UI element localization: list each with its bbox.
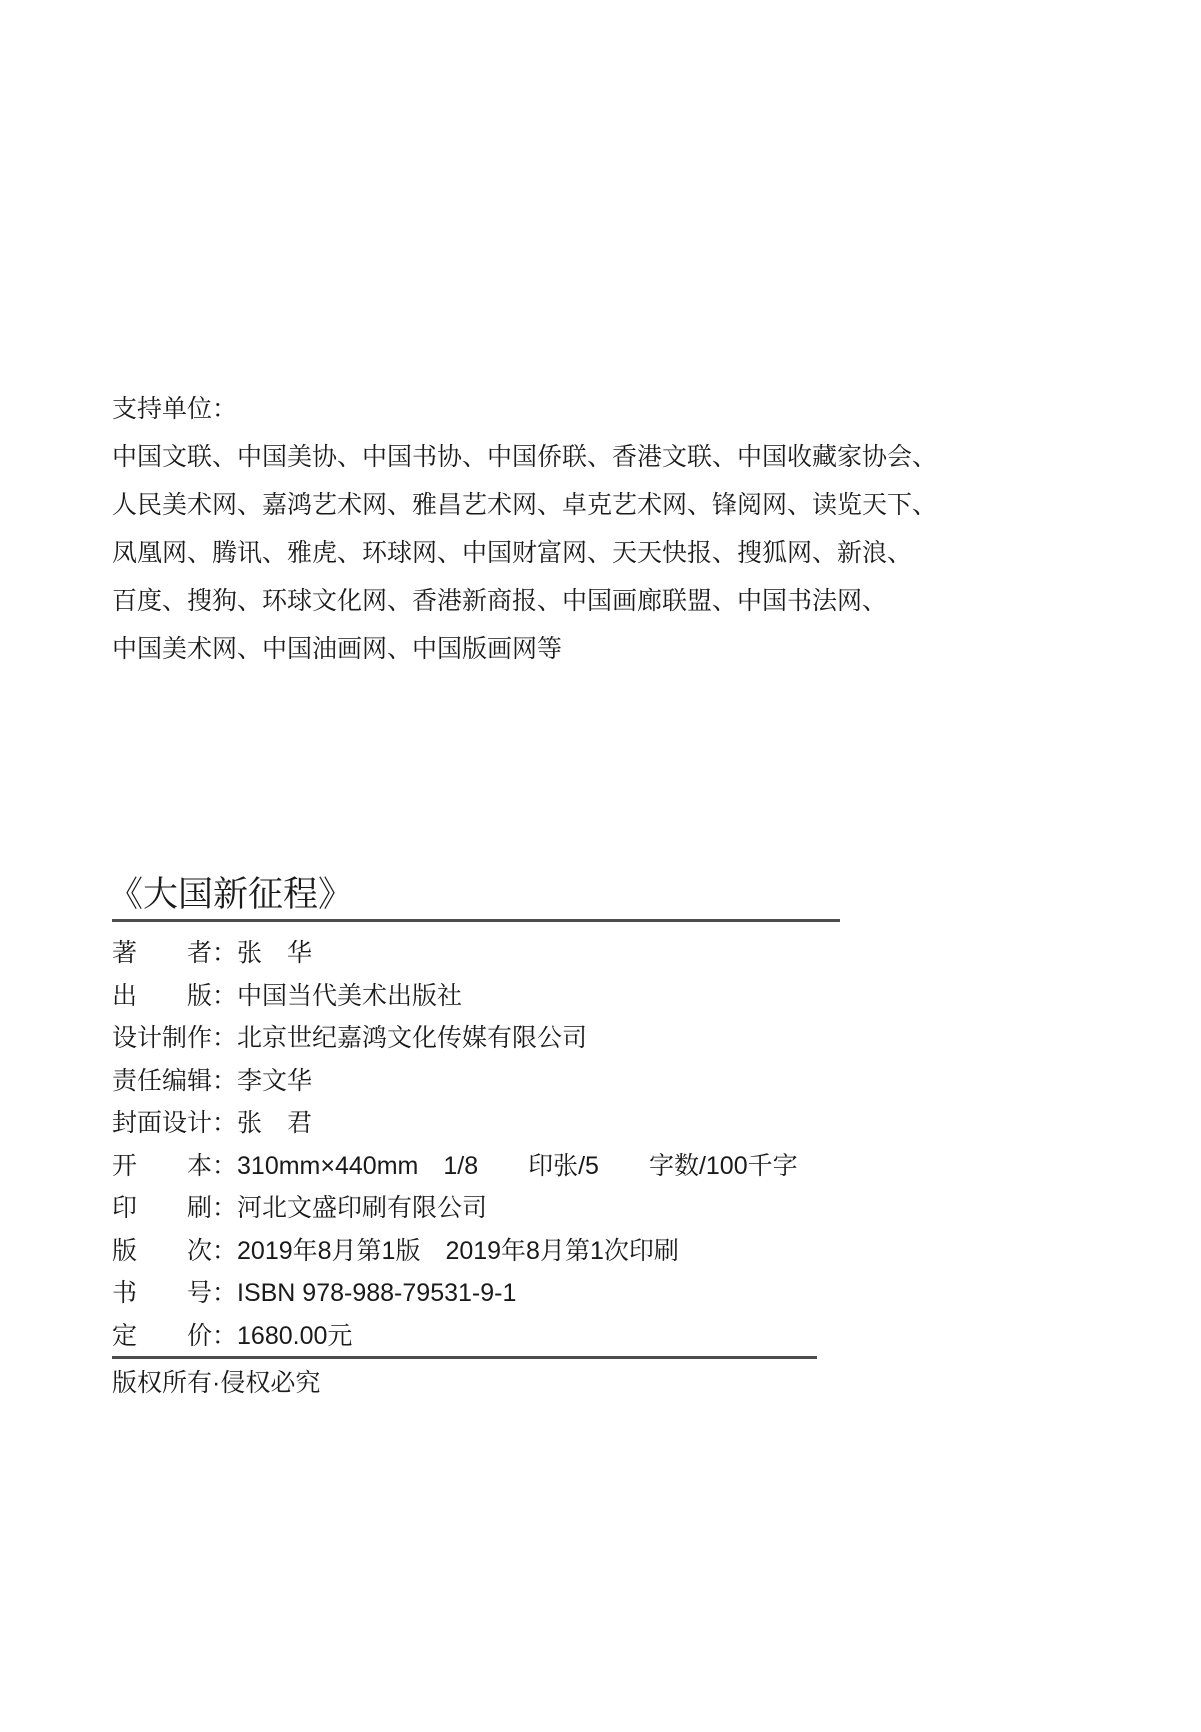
row-format-label: 开 本： — [112, 1152, 237, 1180]
row-format-value: 310mm×440mm 1/8 印张/5 字数/100千字 — [237, 1152, 798, 1180]
book-title: 《大国新征程》 — [108, 867, 353, 917]
row-publisher: 出 版：中国当代美术出版社 — [112, 975, 798, 1018]
row-edition-value: 2019年8月第1版 2019年8月第1次印刷 — [237, 1237, 679, 1265]
row-edition-label: 版 次： — [112, 1237, 237, 1265]
colophon-rows: 著 者：张 华 出 版：中国当代美术出版社 设计制作：北京世纪嘉鸿文化传媒有限公… — [112, 932, 798, 1357]
row-printer-value: 河北文盛印刷有限公司 — [237, 1194, 487, 1222]
title-divider — [112, 919, 840, 922]
support-line-2: 人民美术网、嘉鸿艺术网、雅昌艺术网、卓克艺术网、锋阅网、读览天下、 — [112, 481, 937, 529]
row-edition: 版 次：2019年8月第1版 2019年8月第1次印刷 — [112, 1230, 798, 1273]
row-price-label: 定 价： — [112, 1322, 237, 1350]
support-line-5: 中国美术网、中国油画网、中国版画网等 — [112, 625, 937, 673]
row-design-production-value: 北京世纪嘉鸿文化传媒有限公司 — [237, 1024, 587, 1052]
row-cover-design-label: 封面设计： — [112, 1109, 237, 1137]
support-section: 支持单位： 中国文联、中国美协、中国书协、中国侨联、香港文联、中国收藏家协会、 … — [112, 385, 937, 673]
colophon-page: 支持单位： 中国文联、中国美协、中国书协、中国侨联、香港文联、中国收藏家协会、 … — [0, 0, 1201, 1732]
row-cover-design: 封面设计：张 君 — [112, 1102, 798, 1145]
row-editor: 责任编辑：李文华 — [112, 1060, 798, 1103]
support-line-4: 百度、搜狗、环球文化网、香港新商报、中国画廊联盟、中国书法网、 — [112, 577, 937, 625]
row-publisher-label: 出 版： — [112, 982, 237, 1010]
row-format: 开 本：310mm×440mm 1/8 印张/5 字数/100千字 — [112, 1145, 798, 1188]
row-isbn: 书 号：ISBN 978-988-79531-9-1 — [112, 1272, 798, 1315]
row-design-production: 设计制作：北京世纪嘉鸿文化传媒有限公司 — [112, 1017, 798, 1060]
support-line-1: 中国文联、中国美协、中国书协、中国侨联、香港文联、中国收藏家协会、 — [112, 433, 937, 481]
support-heading: 支持单位： — [112, 385, 937, 433]
row-design-production-label: 设计制作： — [112, 1024, 237, 1052]
row-cover-design-value: 张 君 — [237, 1109, 312, 1137]
row-printer: 印 刷：河北文盛印刷有限公司 — [112, 1187, 798, 1230]
row-editor-label: 责任编辑： — [112, 1067, 237, 1095]
row-printer-label: 印 刷： — [112, 1194, 237, 1222]
row-author: 著 者：张 华 — [112, 932, 798, 975]
row-isbn-label: 书 号： — [112, 1279, 237, 1307]
row-isbn-value: ISBN 978-988-79531-9-1 — [237, 1279, 516, 1307]
copyright-notice: 版权所有·侵权必究 — [112, 1368, 320, 1398]
row-editor-value: 李文华 — [237, 1067, 312, 1095]
bottom-divider — [112, 1356, 817, 1359]
support-line-3: 凤凰网、腾讯、雅虎、环球网、中国财富网、天天快报、搜狐网、新浪、 — [112, 529, 937, 577]
row-publisher-value: 中国当代美术出版社 — [237, 982, 462, 1010]
row-price: 定 价：1680.00元 — [112, 1315, 798, 1358]
row-author-label: 著 者： — [112, 939, 237, 967]
row-author-value: 张 华 — [237, 939, 312, 967]
row-price-value: 1680.00元 — [237, 1322, 352, 1350]
